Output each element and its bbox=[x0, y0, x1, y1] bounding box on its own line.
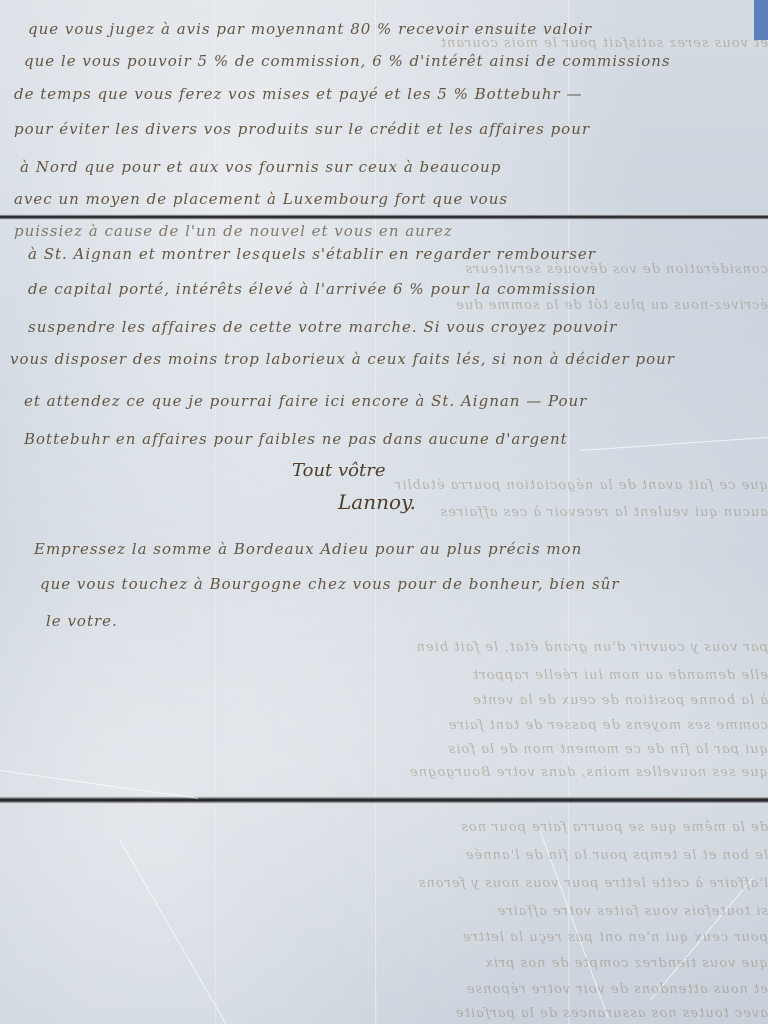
bleedthrough-line: l'affaire à cette lettre pour vous nous … bbox=[20, 876, 768, 891]
bleedthrough-line: par vous y couvrir d'un grand état, le f… bbox=[30, 640, 768, 655]
letter-line: à Nord que pour et aux vos fournis sur c… bbox=[20, 158, 768, 176]
bleedthrough-line: si toutefois vous faites votre affaire bbox=[40, 904, 768, 919]
bleedthrough-line: de la même que se pourra faire pour nos bbox=[30, 820, 768, 835]
letter-line: que le vous pouvoir 5 % de commission, 6… bbox=[24, 52, 768, 70]
horizontal-fold bbox=[0, 214, 768, 220]
bleedthrough-line: avec toutes nos assurances de la parfait… bbox=[40, 1006, 768, 1021]
bleedthrough-line: écrivez-nous au plus tôt de la somme due bbox=[20, 298, 768, 313]
horizontal-fold bbox=[0, 796, 768, 804]
letter-line: Bottebuhr en affaires pour faibles ne pa… bbox=[24, 430, 768, 448]
letter-line: vous disposer des moins trop laborieux à… bbox=[10, 350, 768, 368]
postscript-line: le votre. bbox=[46, 612, 768, 630]
letter-line: pour éviter les divers vos produits sur … bbox=[14, 120, 768, 138]
letter-line: et attendez ce que je pourrai faire ici … bbox=[24, 392, 768, 410]
signature: Lannoy. bbox=[338, 490, 416, 514]
letter-line: de temps que vous ferez vos mises et pay… bbox=[14, 85, 768, 103]
bleedthrough-line: que vous tiendrez compte de nos prix bbox=[50, 956, 768, 971]
bleedthrough-line: et vous serez satisfait pour le mois cou… bbox=[40, 36, 768, 51]
letter-line: avec un moyen de placement à Luxembourg … bbox=[14, 190, 768, 208]
letter-line: suspendre les affaires de cette votre ma… bbox=[28, 318, 768, 336]
letter-sheet: que ce fait avant de la négociation pour… bbox=[0, 0, 768, 1024]
letter-line: que vous jugez à avis par moyennant 80 %… bbox=[28, 20, 768, 38]
bleedthrough-line: comme ses moyens de passer de tant faire bbox=[40, 718, 768, 733]
letter-line: à St. Aignan et montrer lesquels s'établ… bbox=[28, 245, 768, 263]
postscript-line: Empressez la somme à Bordeaux Adieu pour… bbox=[34, 540, 768, 558]
closing-salutation: Tout vôtre bbox=[292, 460, 386, 481]
bleedthrough-line: pour ceux qui n'en ont pas reçu la lettr… bbox=[30, 930, 768, 945]
bleedthrough-line: elle demande au nom lui réelle rapport bbox=[50, 668, 768, 683]
bleedthrough-line: et nous attendons de voir votre réponse bbox=[20, 982, 768, 997]
bleedthrough-line: que ses nouvelles moins, dans votre Bour… bbox=[60, 765, 768, 780]
bleedthrough-line: considération de vos dévoués serviteurs bbox=[60, 262, 768, 277]
bleedthrough-line: à la bonne position de ceux de la vente bbox=[20, 693, 768, 708]
postscript-line: que vous touchez à Bourgogne chez vous p… bbox=[40, 575, 768, 593]
bleedthrough-line: le bon et le temps pour la fin de l'anné… bbox=[50, 848, 768, 863]
letter-line: puissiez à cause de l'un de nouvel et vo… bbox=[14, 222, 768, 240]
bleedthrough-line: qui par la fin de ce moment mon de la fo… bbox=[30, 742, 768, 757]
letter-line: de capital porté, intérêts élevé à l'arr… bbox=[28, 280, 768, 298]
